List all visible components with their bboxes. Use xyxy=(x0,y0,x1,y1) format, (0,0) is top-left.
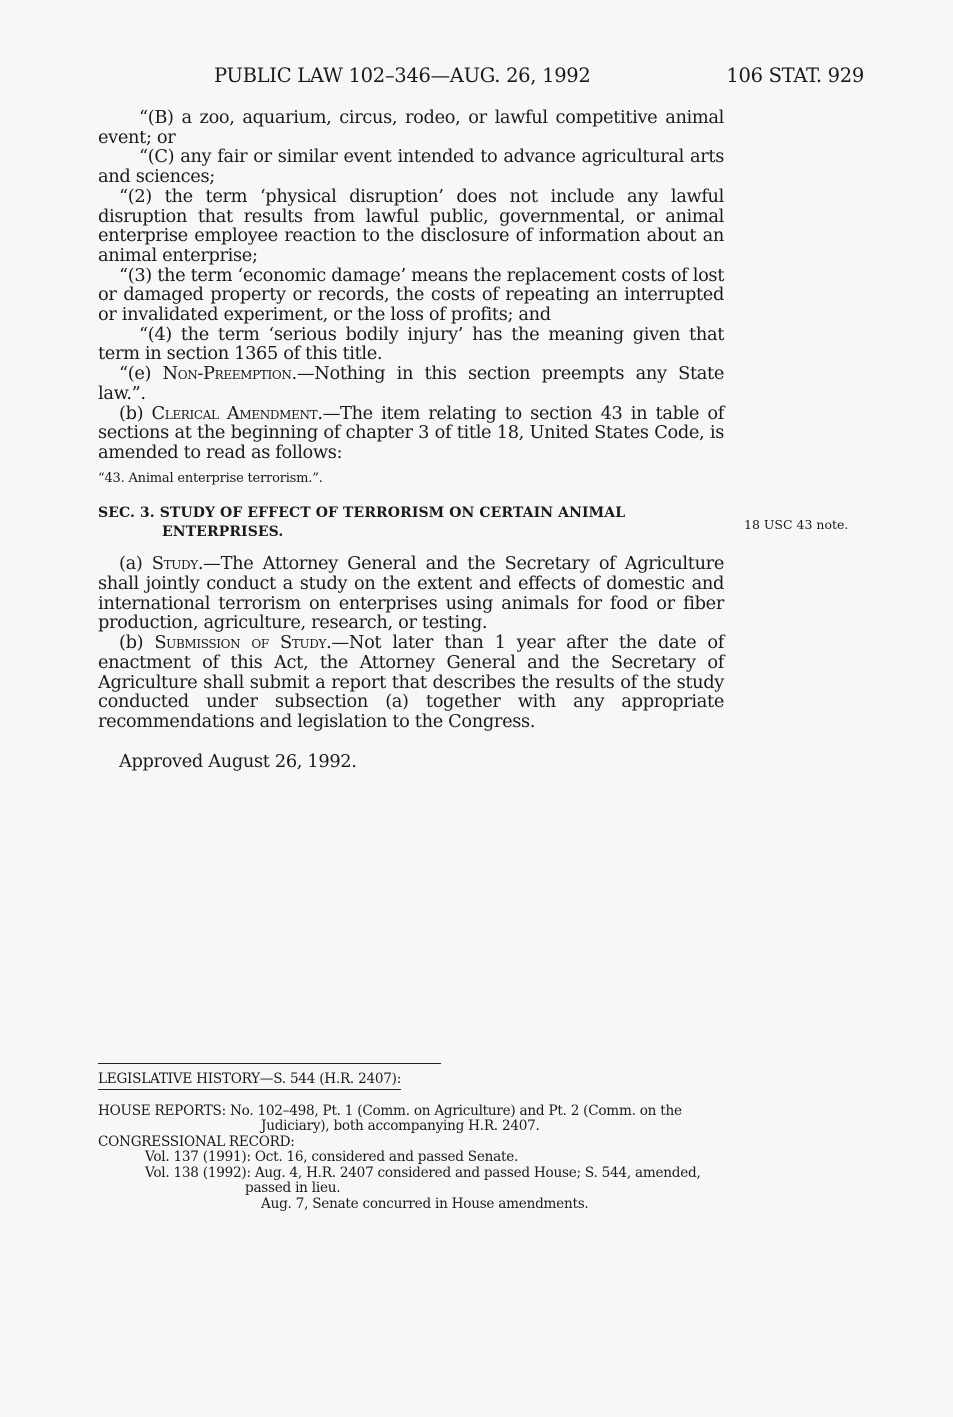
subsection-e-label: “(e) xyxy=(119,363,163,384)
congressional-record-aug-7: Aug. 7, Senate concurred in House amendm… xyxy=(98,1197,728,1213)
statute-page-number: 106 STAT. 929 xyxy=(726,64,864,87)
legislative-history: LEGISLATIVE HISTORY—S. 544 (H.R. 2407): … xyxy=(98,1072,728,1212)
section-3-heading: SEC. 3. STUDY OF EFFECT OF TERRORISM ON … xyxy=(98,504,724,542)
subsection-a-heading: Study xyxy=(152,553,198,574)
subsection-e-heading: Non-Preemption xyxy=(163,363,292,384)
section-3-heading-line1: SEC. 3. STUDY OF EFFECT OF TERRORISM ON … xyxy=(98,505,625,521)
margin-note-usc: 18 USC 43 note. xyxy=(744,517,848,532)
congressional-record-vol-137: Vol. 137 (1991): Oct. 16, considered and… xyxy=(98,1150,728,1166)
congressional-record-vol-138: Vol. 138 (1992): Aug. 4, H.R. 2407 consi… xyxy=(98,1166,728,1197)
paragraph-4: “(4) the term ‘serious bodily injury’ ha… xyxy=(98,325,724,364)
paragraph-2: “(2) the term ‘physical disruption’ does… xyxy=(98,187,724,266)
statute-body: “(B) a zoo, aquarium, circus, rodeo, or … xyxy=(98,108,724,771)
subsection-b-submission: (b) Submission of Study.—Not later than … xyxy=(98,633,724,732)
house-reports: HOUSE REPORTS: No. 102–498, Pt. 1 (Comm.… xyxy=(98,1104,728,1135)
paragraph-c: “(C) any fair or similar event intended … xyxy=(98,147,724,186)
approval-date: Approved August 26, 1992. xyxy=(98,752,724,772)
subsection-a-study: (a) Study.—The Attorney General and the … xyxy=(98,554,724,633)
clerical-amendment: (b) Clerical Amendment.—The item relatin… xyxy=(98,404,724,463)
subsection-b-label: (b) xyxy=(119,632,154,653)
clerical-amendment-heading: Clerical Amendment xyxy=(152,403,318,424)
section-3-heading-line2: ENTERPRISES. xyxy=(98,523,724,542)
document-page: PUBLIC LAW 102–346—AUG. 26, 1992 106 STA… xyxy=(0,0,953,1417)
running-head-title: PUBLIC LAW 102–346—AUG. 26, 1992 xyxy=(214,64,591,87)
subsection-e-non-preemption: “(e) Non-Preemption.—Nothing in this sec… xyxy=(98,364,724,403)
subsection-b-heading: Submission of Study xyxy=(154,632,326,653)
clerical-amendment-label: (b) xyxy=(119,403,152,424)
subsection-a-label: (a) xyxy=(119,553,152,574)
footnote-divider xyxy=(98,1063,441,1064)
clerical-amendment-item: “43. Animal enterprise terrorism.”. xyxy=(98,469,724,489)
legislative-history-title: LEGISLATIVE HISTORY—S. 544 (H.R. 2407): xyxy=(98,1072,728,1090)
paragraph-3: “(3) the term ‘economic damage’ means th… xyxy=(98,266,724,325)
congressional-record-label: CONGRESSIONAL RECORD: xyxy=(98,1135,728,1151)
paragraph-b: “(B) a zoo, aquarium, circus, rodeo, or … xyxy=(98,108,724,147)
